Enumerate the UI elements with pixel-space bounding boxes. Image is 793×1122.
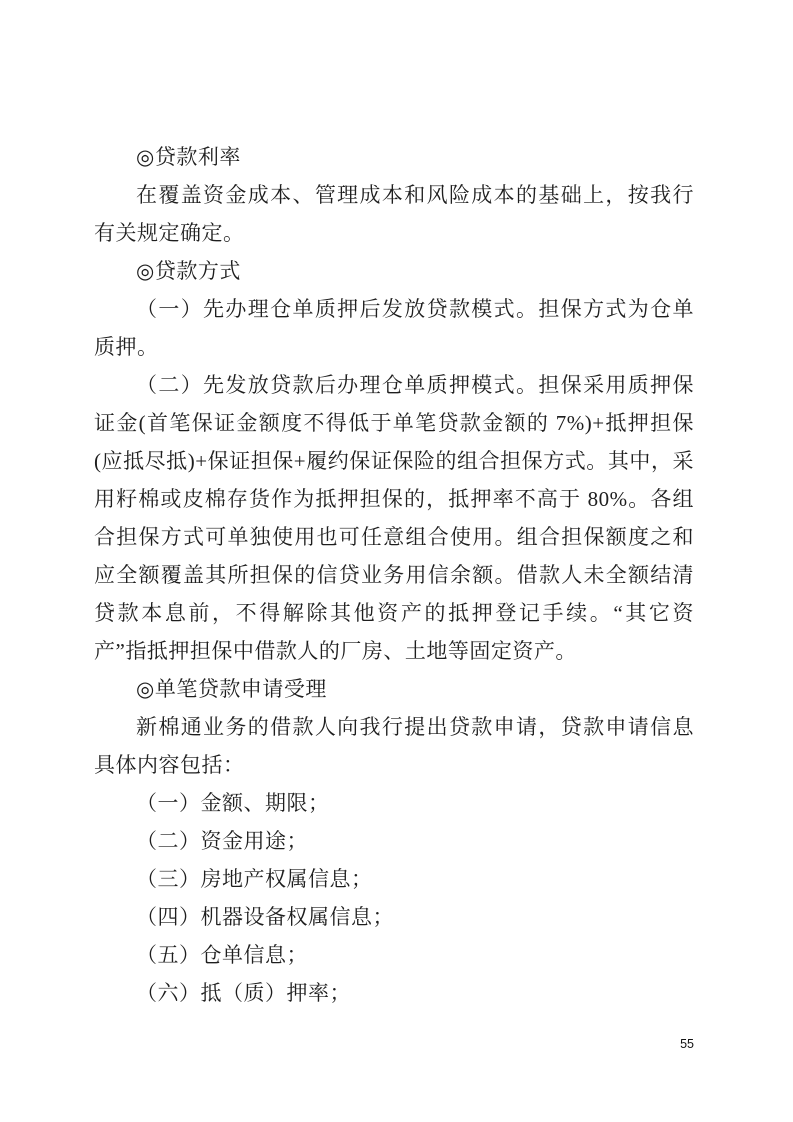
section-heading-single-loan-application: ◎单笔贷款申请受理: [94, 670, 694, 708]
list-item-real-estate-info: （三）房地产权属信息；: [94, 860, 694, 898]
paragraph-loan-mode-2: （二）先发放贷款后办理仓单质押模式。担保采用质押保证金(首笔保证金额度不得低于单…: [94, 366, 694, 670]
document-page: ◎贷款利率 在覆盖资金成本、管理成本和风险成本的基础上，按我行有关规定确定。 ◎…: [0, 0, 793, 1122]
section-heading-loan-method: ◎贷款方式: [94, 252, 694, 290]
list-item-equipment-info: （四）机器设备权属信息；: [94, 898, 694, 936]
list-item-fund-use: （二）资金用途；: [94, 822, 694, 860]
paragraph-application-intro: 新棉通业务的借款人向我行提出贷款申请，贷款申请信息具体内容包括：: [94, 708, 694, 784]
document-body: ◎贷款利率 在覆盖资金成本、管理成本和风险成本的基础上，按我行有关规定确定。 ◎…: [94, 138, 694, 1012]
section-heading-loan-rate: ◎贷款利率: [94, 138, 694, 176]
paragraph-loan-mode-1: （一）先办理仓单质押后发放贷款模式。担保方式为仓单质押。: [94, 290, 694, 366]
list-item-warehouse-receipt-info: （五）仓单信息；: [94, 936, 694, 974]
page-number: 55: [680, 1037, 694, 1051]
list-item-amount-term: （一）金额、期限；: [94, 784, 694, 822]
list-item-pledge-rate: （六）抵（质）押率；: [94, 974, 694, 1012]
paragraph-loan-rate-body: 在覆盖资金成本、管理成本和风险成本的基础上，按我行有关规定确定。: [94, 176, 694, 252]
